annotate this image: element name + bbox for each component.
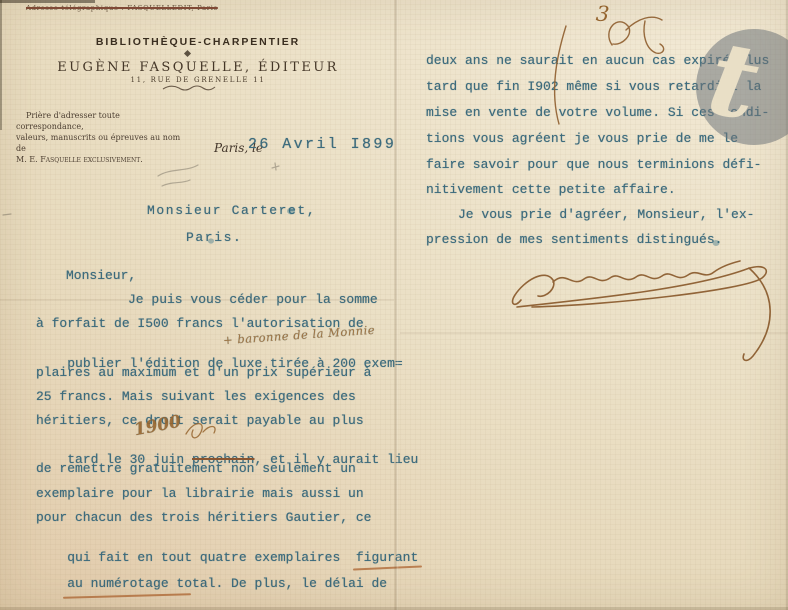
notice-line-3: M. E. Fasquelle exclusivement. [16,154,186,165]
letterhead-address: 11, RUE DE GRENELLE 11 [0,76,396,84]
handwritten-year-correction: 1900 [133,415,182,439]
auction-house-watermark: t [696,29,788,145]
recipient-city: Paris. [186,230,242,245]
letterhead-publisher: EUGÈNE FASQUELLE, ÉDITEUR [0,60,396,75]
typed-segment: . De plus, le délai de [215,576,387,591]
typed-line: au numérotage total. De plus, le délai d… [36,561,387,606]
typed-line: plaires au maximum et d'un prix supérieu… [36,365,371,380]
recipient-name: Monsieur Carteret, [147,203,316,218]
typed-line: pour chacun des trois héritiers Gautier,… [36,510,371,525]
typed-line: faire savoir pour que nous terminions dé… [426,157,761,172]
diamond-ornament [184,50,191,57]
underlined-phrase-numerotage: au numérotage total [67,576,215,591]
telegraph-address-struck: Adresse télégraphique : FASQUELLEDIT, Pa… [26,4,218,12]
typed-line: de remettre gratuitement non seulement u… [36,461,356,476]
salutation: Monsieur, [66,268,136,283]
typed-line: nitivement cette petite affaire. [426,182,676,197]
typed-line: tions vous agréent je vous prie de me le [426,131,738,146]
letter-scan: Adresse télégraphique : FASQUELLEDIT, Pa… [0,0,788,610]
typed-line: pression de mes sentiments distingués. [426,232,722,247]
dateline-typed: 26 Avril I899 [248,137,396,152]
typed-line: Je puis vous céder pour la somme [128,292,378,307]
letterhead-brand: BIBLIOTHÈQUE-CHARPENTIER [0,36,396,48]
notice-line-1: Prière d'adresser toute correspondance, [16,110,186,132]
scan-edge-top [0,0,95,3]
horizontal-crease-right [400,332,788,334]
handwritten-page-number: 3 [595,2,610,27]
ornament-flourish [163,86,215,90]
center-fold-crease [394,0,399,610]
fasquelle-signature [513,261,771,360]
watermark-letter-glyph: t [700,29,767,144]
typed-line: Je vous prie d'agréer, Monsieur, l'ex- [458,207,754,222]
typed-line: héritiers, ce droit serait payable au pl… [36,413,364,428]
notice-line-2: valeurs, manuscrits ou épreuves au nom d… [16,132,186,154]
typed-line: 25 francs. Mais suivant les exigences de… [36,389,356,404]
typed-line: exemplaire pour la librairie mais aussi … [36,486,364,501]
letterhead-notice: Prière d'adresser toute correspondance, … [16,110,186,165]
